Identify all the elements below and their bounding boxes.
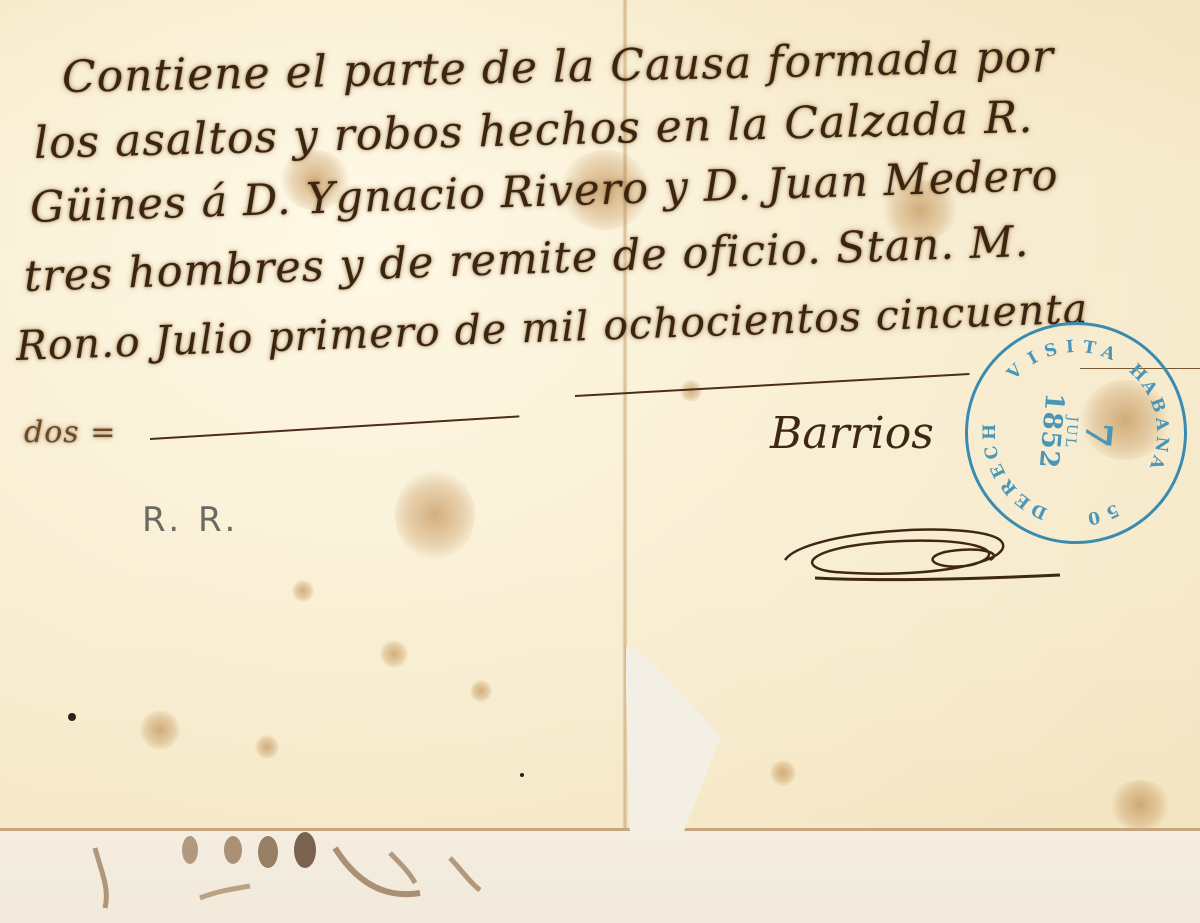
ink-dot bbox=[68, 713, 76, 721]
manuscript-line-6: dos = bbox=[24, 415, 116, 450]
manuscript-line-5: Ron.o Julio primero de mil ochocientos c… bbox=[15, 285, 1089, 370]
foxing-stain bbox=[140, 710, 180, 750]
foxing-stain bbox=[380, 640, 408, 668]
ink-dot bbox=[520, 773, 524, 777]
manuscript-sheet: Contiene el parte de la Causa formada po… bbox=[0, 0, 1200, 923]
stamp-day: 7 bbox=[1075, 395, 1119, 474]
foxing-stain bbox=[770, 760, 796, 786]
signature: Barrios bbox=[770, 408, 934, 459]
closing-rule bbox=[150, 415, 519, 440]
pencil-annotation: R. R. bbox=[142, 500, 239, 540]
bleed-through-ink bbox=[0, 828, 1200, 923]
paper-tear bbox=[625, 645, 721, 835]
stamp-date: 7 JUL 1852 bbox=[1033, 391, 1119, 474]
foxing-stain bbox=[395, 470, 475, 560]
postmark-stamp: V I S I T A H A B A N A 5 0 D E R E C H … bbox=[956, 313, 1197, 554]
foxing-stain bbox=[680, 380, 702, 402]
foxing-stain bbox=[292, 580, 314, 602]
stamp-year: 1852 bbox=[1033, 391, 1067, 469]
foxing-stain bbox=[1110, 780, 1170, 830]
closing-rule bbox=[575, 373, 969, 397]
foxing-stain bbox=[255, 735, 279, 759]
manuscript-line-4: tres hombres y de remite de oficio. Stan… bbox=[23, 217, 1030, 302]
foxing-stain bbox=[470, 680, 492, 702]
manuscript-line-1: Contiene el parte de la Causa formada po… bbox=[61, 31, 1054, 103]
